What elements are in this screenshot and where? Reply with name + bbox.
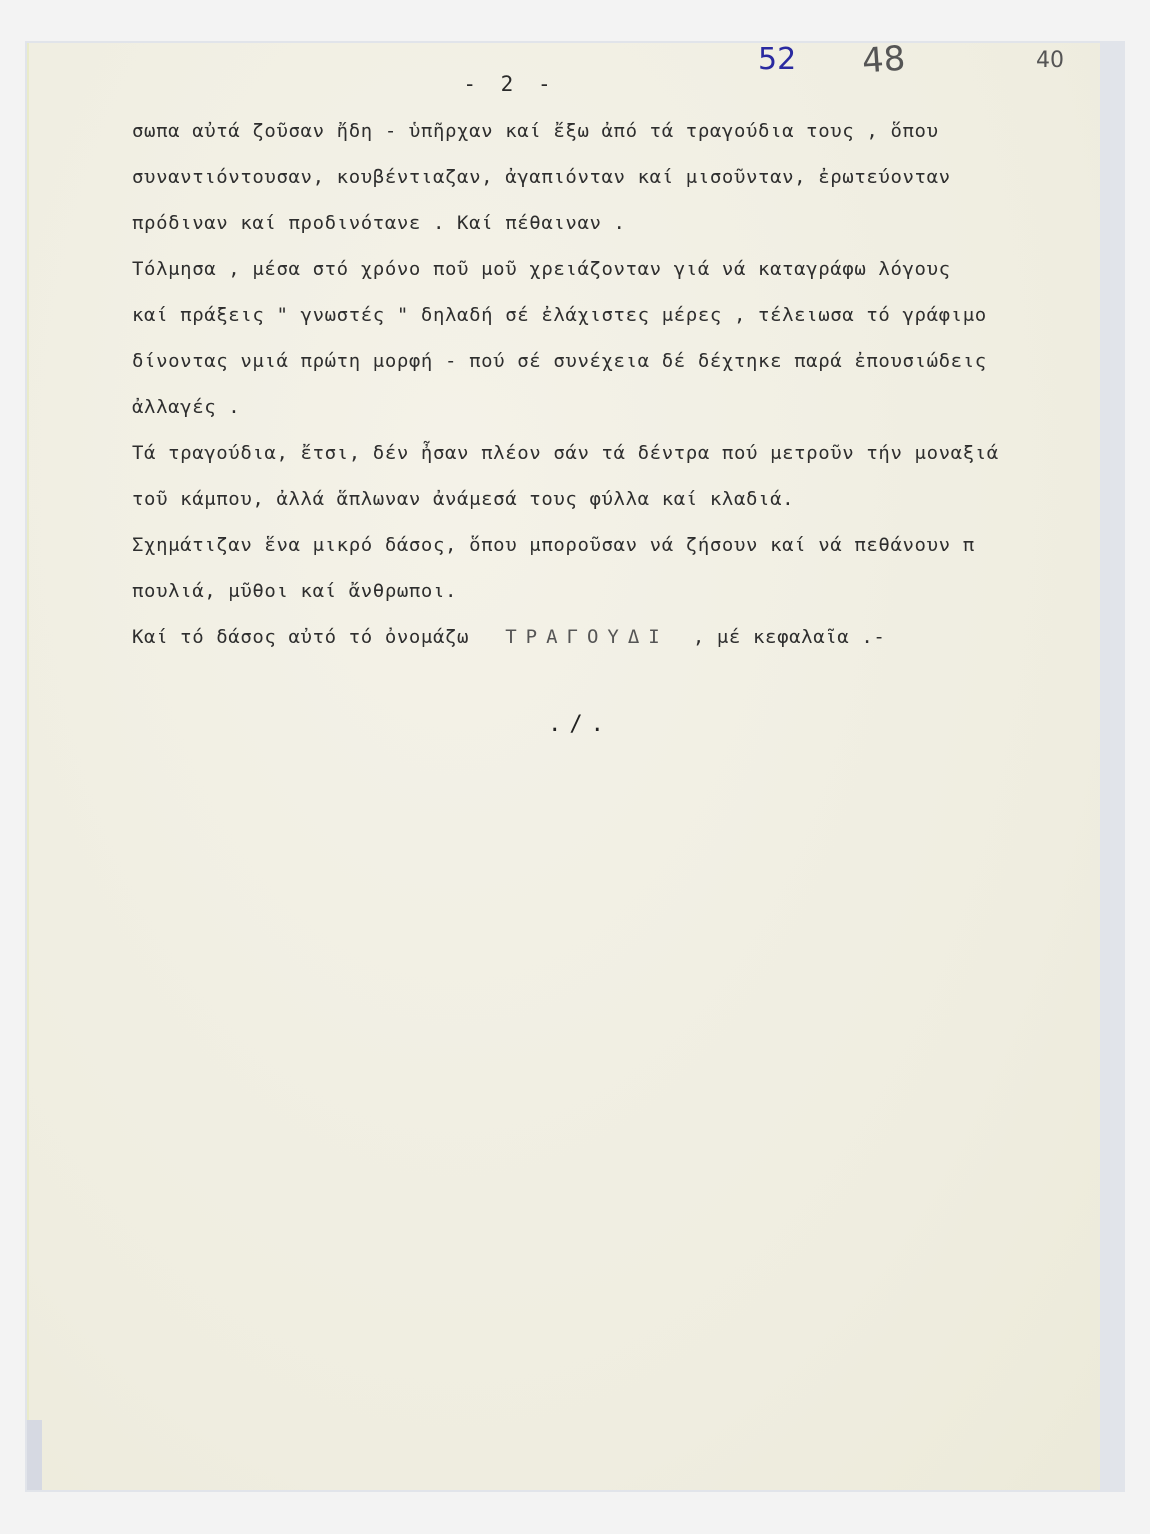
crossed-out-number: 52 <box>758 42 796 77</box>
text-line: συναντιόντουσαν, κουβέντιαζαν, ἀγαπιόντα… <box>132 154 1092 200</box>
closing-line: Καί τό δάσος αὐτό τό ὀνομάζω ΤΡΑΓΟΥΔΙ , … <box>132 614 1092 660</box>
text-line: τοῦ κάμπου, ἀλλά ἅπλωναν ἀνάμεσά τους φύ… <box>132 476 1092 522</box>
text-line: δίνοντας νμιά πρώτη μορφή - πού σέ συνέχ… <box>132 338 1092 384</box>
work-title: ΤΡΑΓΟΥΔΙ <box>505 626 669 648</box>
folio-number-40: 40 <box>1036 48 1064 73</box>
text-line: Σχημάτιζαν ἕνα μικρό δάσος, ὅπου μποροῦσ… <box>132 522 1092 568</box>
text-line: πρόδιναν καί προδινότανε . Καί πέθαιναν … <box>132 200 1092 246</box>
folio-number-48: 48 <box>861 39 907 82</box>
closing-line-end: , μέ κεφαλαῖα .- <box>693 626 886 648</box>
closing-line-start: Καί τό δάσος αὐτό τό ὀνομάζω <box>132 626 469 648</box>
text-line: σωπα αὐτά ζοῦσαν ἤδη - ὑπῆρχαν καί ἔξω ἀ… <box>132 108 1092 154</box>
crossed-out-folio-number: 52 <box>758 42 796 77</box>
text-line: Τά τραγούδια, ἔτσι, δέν ἦσαν πλέον σάν τ… <box>132 430 1092 476</box>
text-line: ἀλλαγές . <box>132 384 1092 430</box>
end-mark: ./. <box>520 712 640 737</box>
text-line: καί πράξεις " γνωστές " δηλαδή σέ ἐλάχισ… <box>132 292 1092 338</box>
page-number: - 2 - <box>430 72 590 96</box>
text-line: Τόλμησα , μέσα στό χρόνο ποῦ μοῦ χρειάζο… <box>132 246 1092 292</box>
body-text: σωπα αὐτά ζοῦσαν ἤδη - ὑπῆρχαν καί ἔξω ἀ… <box>132 108 1092 660</box>
text-line: πουλιά, μῦθοι καί ἄνθρωποι. <box>132 568 1092 614</box>
backing-strip <box>27 1420 42 1490</box>
